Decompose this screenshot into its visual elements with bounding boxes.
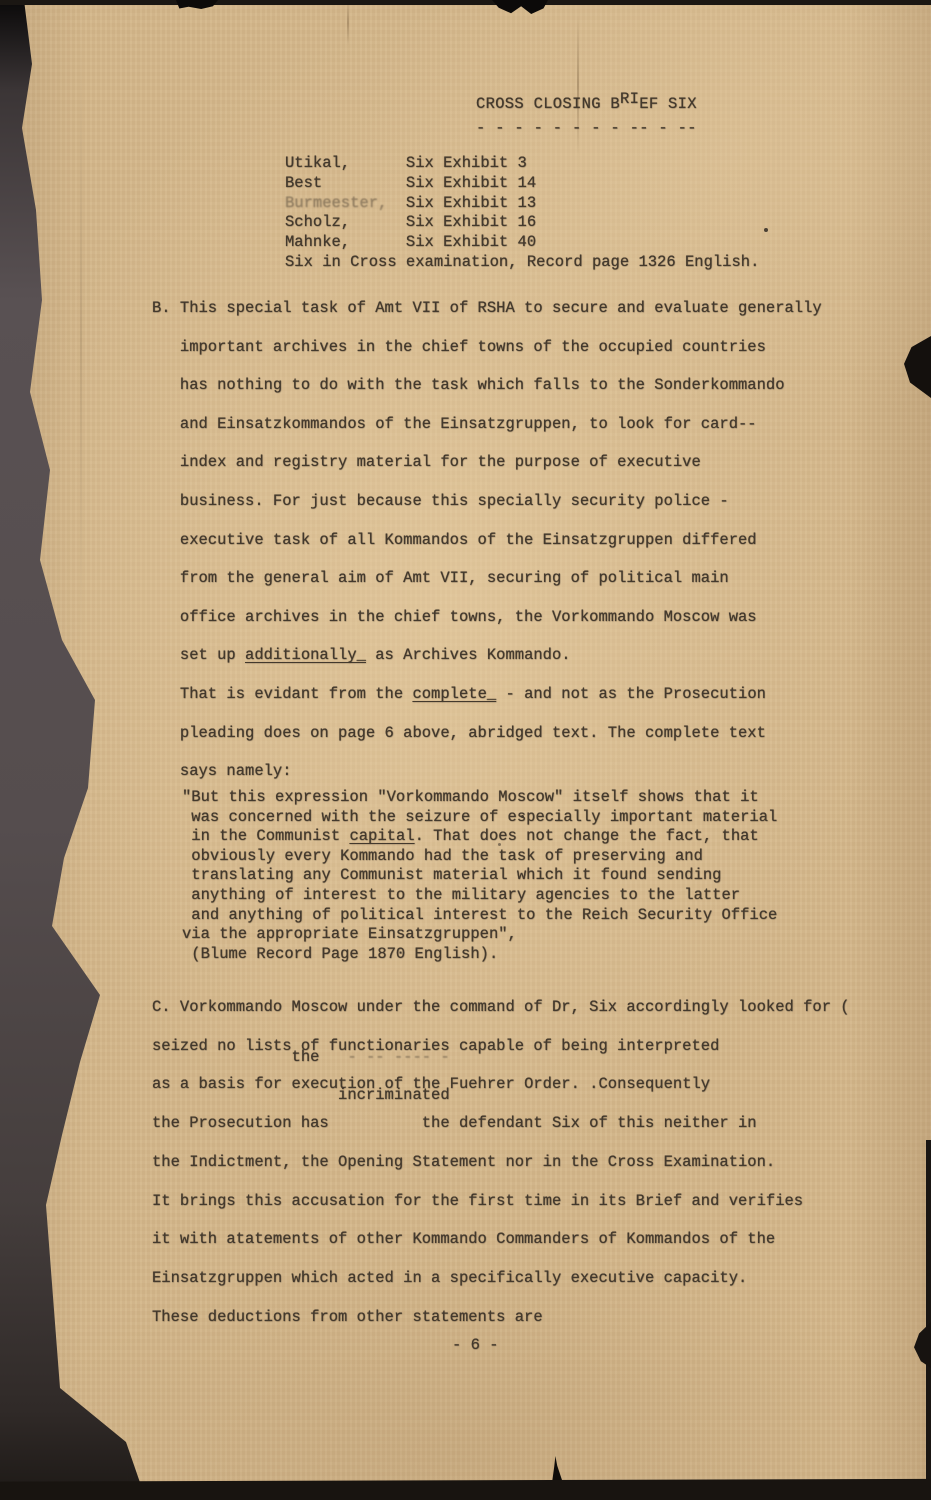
page-top-edge [0,0,931,5]
page-number: - 6 - [452,1336,499,1354]
exhibit-list: Utikal, Six Exhibit 3Best Six Exhibit 14… [285,154,759,273]
quote-block: "But this expression "Vorkommando Moscow… [182,788,777,964]
paper-crease [347,0,349,45]
document-title: CROSS CLOSING BRIEF SIX- - - - - - - - -… [476,92,697,140]
right-edge-shadow [926,1140,931,1500]
ink-speck [764,228,768,232]
paragraph-c: C. Vorkommando Moscow under the command … [152,988,850,1336]
paragraph-b: B. This special task of Amt VII of RSHA … [152,289,822,791]
paper-crease [80,30,82,650]
